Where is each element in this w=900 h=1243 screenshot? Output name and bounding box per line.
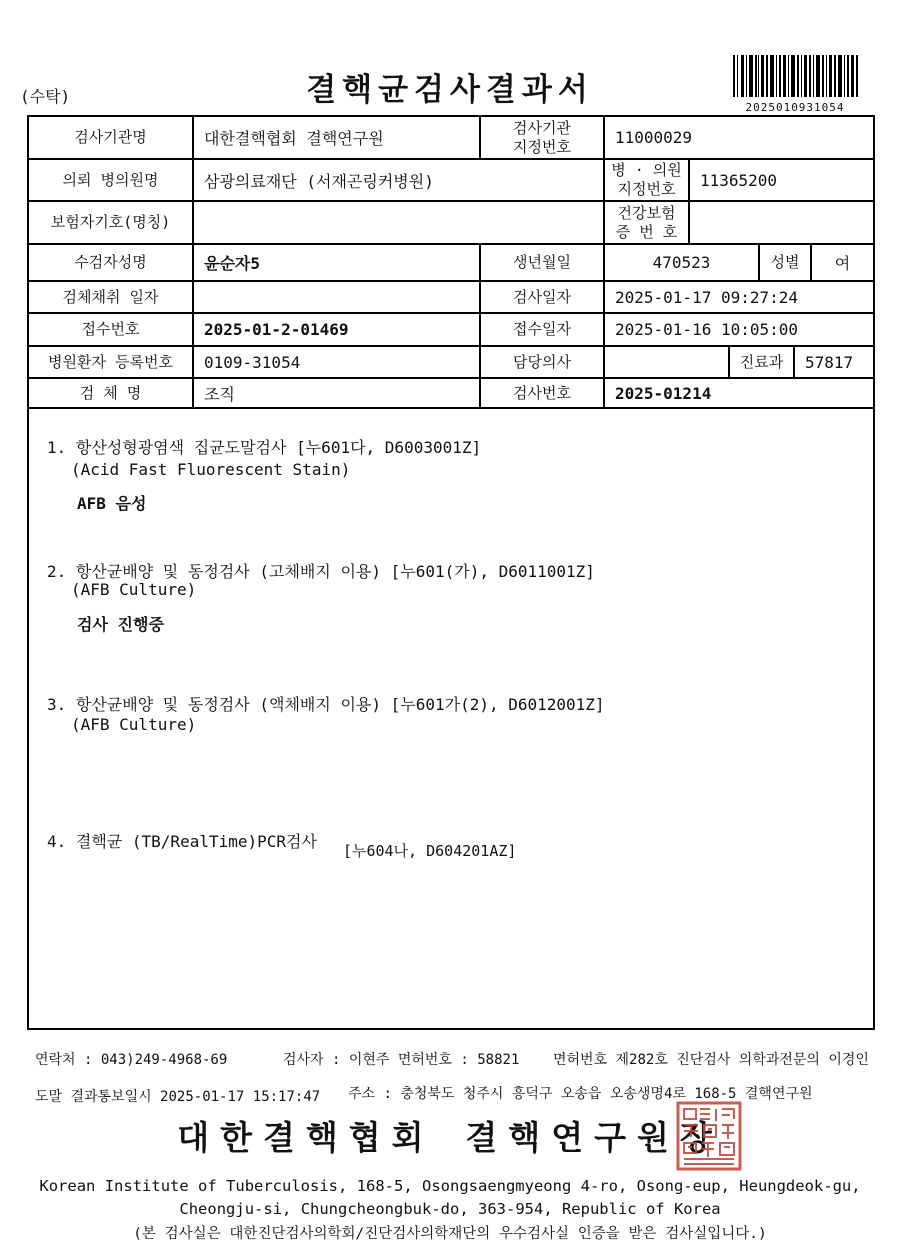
- insurer-code-value: [194, 202, 605, 245]
- english-address-line2: Cheongju-si, Chungcheongbuk-do, 363-954,…: [0, 1200, 900, 1218]
- result3-title: 3. 항산균배양 및 동정검사 (액체배지 이용) [누601가(2), D60…: [47, 692, 605, 715]
- official-seal-stamp: [676, 1101, 742, 1171]
- receipt-date-value: 2025-01-16 10:05:00: [605, 314, 873, 347]
- result1-subtitle: (Acid Fast Fluorescent Stain): [71, 460, 350, 479]
- barcode-image: [731, 55, 859, 97]
- license-info: 면허번호 제282호 진단검사 의학과전문의 이경인: [553, 1049, 869, 1069]
- table-row-specimen: 검 체 명 조직 검사번호 2025-01214: [29, 379, 873, 409]
- result4-title: 4. 결핵균 (TB/RealTime)PCR검사[누604나, D604201…: [47, 829, 516, 852]
- institution-number-value: 11000029: [605, 117, 873, 160]
- patient-name-label: 수검자성명: [29, 245, 194, 282]
- institution-number-label: 검사기관 지정번호: [481, 117, 605, 160]
- sex-label: 성별: [760, 245, 812, 282]
- doctor-value: [605, 347, 730, 379]
- patient-registration-value: 0109-31054: [194, 347, 481, 379]
- result2-title: 2. 항산균배양 및 동정검사 (고체배지 이용) [누601(가), D601…: [47, 559, 595, 582]
- department-label: 진료과: [730, 347, 795, 379]
- table-row-institution: 검사기관명 대한결핵협회 결핵연구원 검사기관 지정번호 11000029: [29, 117, 873, 160]
- test-number-label: 검사번호: [481, 379, 605, 409]
- organization-title: 대한결핵협회 결핵연구원장: [0, 1112, 900, 1159]
- collection-date-value: [194, 282, 481, 314]
- barcode: 2025010931054: [730, 55, 860, 114]
- specimen-name-value: 조직: [194, 379, 481, 409]
- contact-info: 연락처 : 043)249-4968-69: [35, 1049, 227, 1069]
- patient-name-value: 윤순자5: [194, 245, 481, 282]
- insurer-code-label: 보험자기호(명칭): [29, 202, 194, 245]
- english-address-line1: Korean Institute of Tuberculosis, 168-5,…: [0, 1177, 900, 1195]
- result2-subtitle: (AFB Culture): [71, 580, 196, 599]
- barcode-number: 2025010931054: [730, 101, 860, 114]
- department-value: 57817: [795, 347, 873, 379]
- hospital-name-value: 삼광의료재단 (서재곤링커병원): [194, 160, 605, 202]
- table-row-hospital: 의뢰 병의원명 삼광의료재단 (서재곤링커병원) 병 · 의원 지정번호 113…: [29, 160, 873, 202]
- result4-code: [누604나, D604201AZ]: [343, 840, 516, 861]
- result4-title-text: 4. 결핵균 (TB/RealTime)PCR검사: [47, 832, 317, 851]
- birthdate-value: 470523: [605, 245, 760, 282]
- examiner-info: 검사자 : 이현주 면허번호 : 58821: [283, 1049, 519, 1069]
- hospital-number-value: 11365200: [690, 160, 873, 202]
- patient-info-table: 검사기관명 대한결핵협회 결핵연구원 검사기관 지정번호 11000029 의뢰…: [27, 115, 875, 1030]
- smear-report-datetime: 도말 결과통보일시 2025-01-17 15:17:47: [35, 1086, 320, 1106]
- table-row-receipt: 접수번호 2025-01-2-01469 접수일자 2025-01-16 10:…: [29, 314, 873, 347]
- patient-registration-label: 병원환자 등록번호: [29, 347, 194, 379]
- result1-value: AFB 음성: [77, 491, 146, 514]
- test-date-value: 2025-01-17 09:27:24: [605, 282, 873, 314]
- table-row-patient-registration: 병원환자 등록번호 0109-31054 담당의사 진료과 57817: [29, 347, 873, 379]
- result3-subtitle: (AFB Culture): [71, 715, 196, 734]
- table-row-collection: 검체채취 일자 검사일자 2025-01-17 09:27:24: [29, 282, 873, 314]
- result2-value: 검사 진행중: [77, 612, 164, 635]
- health-insurance-number-label: 건강보험 증 번 호: [605, 202, 690, 245]
- hospital-name-label: 의뢰 병의원명: [29, 160, 194, 202]
- table-row-patient: 수검자성명 윤순자5 생년월일 470523 성별 여: [29, 245, 873, 282]
- hospital-number-label: 병 · 의원 지정번호: [605, 160, 690, 202]
- collection-date-label: 검체채취 일자: [29, 282, 194, 314]
- test-results-section: 1. 항산성형광염색 집균도말검사 [누601다, D6003001Z] (Ac…: [29, 409, 873, 1026]
- receipt-date-label: 접수일자: [481, 314, 605, 347]
- health-insurance-number-value: [690, 202, 873, 245]
- result1-title: 1. 항산성형광염색 집균도말검사 [누601다, D6003001Z]: [47, 435, 481, 458]
- institution-name-label: 검사기관명: [29, 117, 194, 160]
- specimen-name-label: 검 체 명: [29, 379, 194, 409]
- accreditation-note: (본 검사실은 대한진단검사의학회/진단검사의학재단의 우수검사실 인증을 받은…: [0, 1222, 900, 1243]
- receipt-number-value: 2025-01-2-01469: [194, 314, 481, 347]
- document-page: (수탁) 결핵균검사결과서 2025010931: [0, 0, 900, 1243]
- address-info: 주소 : 충청북도 청주시 흥덕구 오송읍 오송생명4로 168-5 결핵연구원: [348, 1083, 813, 1103]
- test-number-value: 2025-01214: [605, 379, 873, 409]
- receipt-number-label: 접수번호: [29, 314, 194, 347]
- birthdate-label: 생년월일: [481, 245, 605, 282]
- institution-name-value: 대한결핵협회 결핵연구원: [194, 117, 481, 160]
- table-row-insurer: 보험자기호(명칭) 건강보험 증 번 호: [29, 202, 873, 245]
- sex-value: 여: [812, 245, 873, 282]
- test-date-label: 검사일자: [481, 282, 605, 314]
- doctor-label: 담당의사: [481, 347, 605, 379]
